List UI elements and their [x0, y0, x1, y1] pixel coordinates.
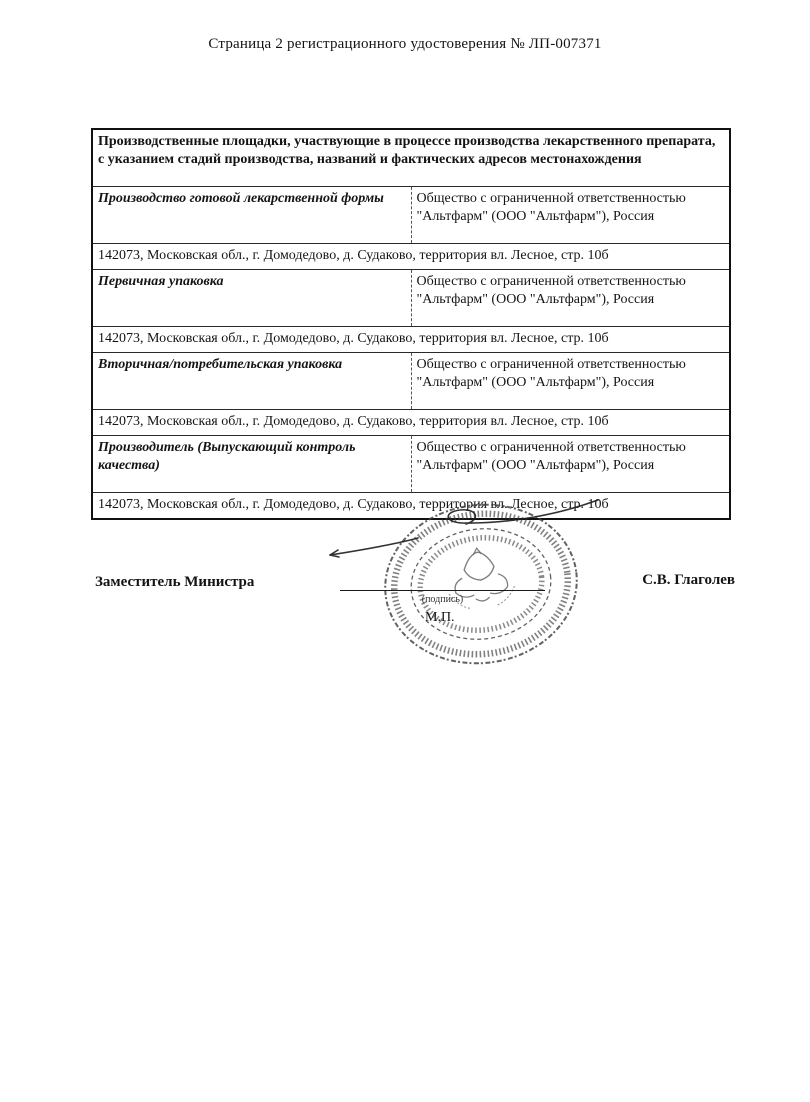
production-sites-table: Производственные площадки, участвующие в…: [91, 128, 731, 520]
company-cell: Общество с ограниченной ответственностью…: [411, 352, 730, 409]
signer-name: С.В. Глаголев: [642, 572, 735, 589]
stage-cell: Производство готовой лекарственной формы: [92, 186, 411, 243]
seal-place-abbr: М.П.: [425, 610, 455, 626]
table-row: 142073, Московская обл., г. Домодедово, …: [92, 326, 730, 352]
address-cell: 142073, Московская обл., г. Домодедово, …: [92, 243, 730, 269]
handwritten-signature-icon: [300, 488, 620, 578]
address-cell: 142073, Московская обл., г. Домодедово, …: [92, 409, 730, 435]
page-header: Страница 2 регистрационного удостоверени…: [0, 36, 810, 53]
company-cell: Общество с ограниченной ответственностью…: [411, 269, 730, 326]
company-cell: Общество с ограниченной ответственностью…: [411, 435, 730, 492]
table-title: Производственные площадки, участвующие в…: [92, 129, 730, 186]
table-title-row: Производственные площадки, участвующие в…: [92, 129, 730, 186]
stage-cell: Первичная упаковка: [92, 269, 411, 326]
table-row: Первичная упаковка Общество с ограниченн…: [92, 269, 730, 326]
signer-position-title: Заместитель Министра: [95, 574, 254, 591]
address-cell: 142073, Московская обл., г. Домодедово, …: [92, 326, 730, 352]
table-row: Вторичная/потребительская упаковка Общес…: [92, 352, 730, 409]
table-row: Производство готовой лекарственной формы…: [92, 186, 730, 243]
signature-caption: (подпись): [340, 594, 545, 605]
certificate-page: Страница 2 регистрационного удостоверени…: [0, 0, 810, 1102]
company-cell: Общество с ограниченной ответственностью…: [411, 186, 730, 243]
stage-cell: Вторичная/потребительская упаковка: [92, 352, 411, 409]
table-row: Производитель (Выпускающий контроль каче…: [92, 435, 730, 492]
table-row: 142073, Московская обл., г. Домодедово, …: [92, 243, 730, 269]
signature-line: [340, 590, 545, 591]
table-row: 142073, Московская обл., г. Домодедово, …: [92, 409, 730, 435]
stage-cell: Производитель (Выпускающий контроль каче…: [92, 435, 411, 492]
